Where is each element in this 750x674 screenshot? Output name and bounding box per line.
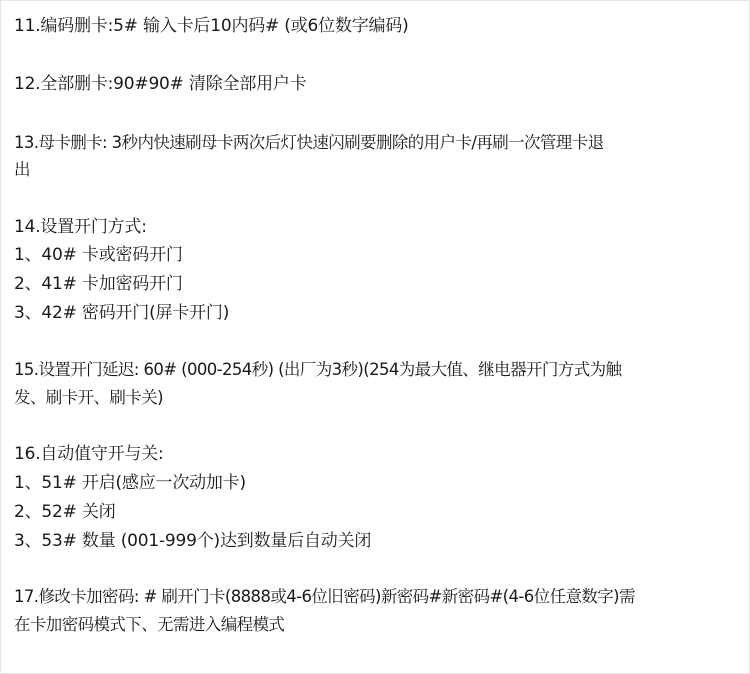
section-14-option-1: 1、40# 卡或密码开门 — [14, 244, 183, 266]
section-15-line-2: 发、刷卡开、刷卡关) — [14, 387, 163, 409]
section-13-line-2: 出 — [14, 159, 30, 181]
section-12-line-1: 12.全部删卡:90#90# 清除全部用户卡 — [14, 73, 307, 95]
section-14-option-2: 2、41# 卡加密码开门 — [14, 273, 183, 295]
section-16-option-1: 1、51# 开启(感应一次动加卡) — [14, 472, 246, 494]
document-page: 11.编码删卡:5# 输入卡后10内码# (或6位数字编码) 12.全部删卡:9… — [0, 0, 750, 674]
section-14-option-3: 3、42# 密码开门(屏卡开门) — [14, 302, 229, 324]
section-17-line-1: 17.修改卡加密码: # 刷开门卡(8888或4-6位旧密码)新密码#新密码#(… — [14, 586, 635, 608]
section-16-heading: 16.自动值守开与关: — [14, 443, 164, 465]
section-15-line-1: 15.设置开门延迟: 60# (000-254秒) (出厂为3秒)(254为最大… — [14, 359, 621, 381]
section-14-heading: 14.设置开门方式: — [14, 216, 147, 238]
section-16-option-2: 2、52# 关闭 — [14, 501, 116, 523]
section-17-line-2: 在卡加密码模式下、无需进入编程模式 — [14, 614, 284, 636]
section-13-line-1: 13.母卡删卡: 3秒内快速刷母卡两次后灯快速闪刷要删除的用户卡/再刷一次管理卡… — [14, 132, 604, 154]
section-16-option-3: 3、53# 数量 (001-999个)达到数量后自动关闭 — [14, 530, 371, 552]
section-11-line-1: 11.编码删卡:5# 输入卡后10内码# (或6位数字编码) — [14, 15, 409, 37]
